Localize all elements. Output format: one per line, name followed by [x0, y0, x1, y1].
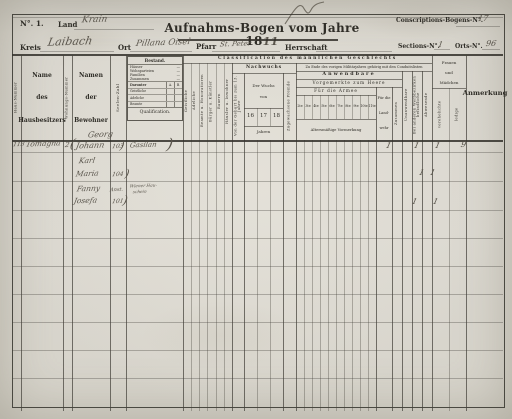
werbbezirk-col: Bei anderen Werbbezirken befindliche: [412, 72, 422, 138]
pfarr-value: St. Peter: [219, 39, 252, 48]
col-owner-line: des: [36, 94, 47, 101]
hline: [130, 51, 192, 52]
landwehr-line: Für die: [378, 96, 391, 100]
category-col: Geistliche: [183, 64, 191, 138]
landwehr-line: Land-: [379, 111, 389, 115]
entry-name: Johann: [75, 141, 105, 151]
bestand-sub-label: Adeliche: [128, 95, 166, 101]
armee-age-col: 11te: [368, 103, 376, 111]
category-col: Beamte u. Honoratioren: [199, 64, 207, 138]
entry-owner-name: Tomagna: [25, 138, 61, 148]
frauen-line: Frauen: [442, 60, 457, 65]
conscription-value: 17: [477, 14, 489, 23]
frauen-verehelicht-col: verehelichte: [432, 90, 449, 138]
entry-note: Wiener Hau-: [129, 183, 157, 189]
nachwuchs-title: Nachwuchs: [232, 64, 296, 73]
vormerkung-footer: Altersmäßige Vormerkung: [296, 119, 376, 140]
conduits-note: Zu Ende des vorigen Militärjahres gehöri…: [296, 64, 432, 71]
nachwuchs-first-col: Von der Geburt bis zum 13. Jahre: [232, 74, 244, 138]
armee-age-col: 7te: [336, 103, 344, 111]
entry-number: 104: [111, 171, 124, 178]
bestand-row-value: —: [177, 77, 180, 81]
bestand-title: Bestand.: [128, 57, 182, 65]
row-line: [12, 238, 503, 239]
orts-label: Orts-N°.: [455, 44, 483, 50]
vline: [296, 63, 297, 411]
age-16: 16: [244, 108, 257, 126]
hline: [296, 95, 376, 96]
row-line: [12, 378, 503, 379]
anwendbare-title: Anwendbare: [296, 71, 402, 79]
unanwendbare-col: Unanwendbare: [402, 72, 412, 138]
bestand-col-a: A.: [166, 82, 174, 88]
abwesende-col: Abwesende: [422, 72, 432, 138]
bestand-sub-cell: [174, 89, 182, 95]
entry-name: Georg: [87, 130, 114, 140]
armee-age-col: 8te: [344, 103, 352, 111]
frauen-line: und: [445, 70, 453, 75]
bestand-sub-title: Darunter: [128, 82, 166, 88]
bestand-sub-row: Beamte: [128, 101, 182, 108]
col-owner-line: Name: [32, 72, 52, 79]
hline: [74, 29, 154, 30]
category-col: Adeliche: [191, 64, 199, 138]
bestand-sub-label: Beamte: [128, 102, 166, 108]
bestand-sub-label: Geistliche: [128, 89, 166, 95]
hline: [316, 51, 392, 52]
age-17: 17: [257, 108, 270, 126]
bestand-box: Bestand. Häuser— Wohnparteien— Familien—…: [127, 56, 183, 121]
bestand-sub-cell: [166, 89, 174, 95]
heer-title: Vorgemerkte zum Heere: [296, 79, 402, 87]
category-col: Bauern: [216, 64, 224, 138]
row-line: [12, 152, 503, 153]
bestand-sub-cell: [166, 102, 174, 108]
col-bewohner-line: der: [85, 94, 96, 101]
entry-name: Maria: [75, 169, 99, 179]
hline: [212, 51, 280, 52]
wuchs-header: Der Wuchs von: [244, 80, 283, 102]
bestand-sub-row: Adeliche: [128, 94, 182, 101]
col-owner: Name des Hausbesitzers: [21, 64, 63, 132]
row-line: [12, 210, 503, 211]
form-number: N°. 1.: [20, 20, 44, 28]
armee-age-col: 9te: [352, 103, 360, 111]
age-18: 18: [270, 108, 283, 126]
col-bewohner: Namen der Bewohner: [72, 64, 110, 132]
bestand-sub-cell: [166, 95, 174, 101]
wuchs-line: von: [260, 94, 267, 99]
hline: [40, 51, 114, 52]
title-year-script: 11: [263, 35, 279, 48]
col-owner-line: Hausbesitzers: [18, 117, 66, 124]
col-bewohner-line: Bewohner: [74, 117, 108, 124]
col-bewohner-line: Namen: [79, 72, 103, 79]
armee-title: Für die Armee: [296, 87, 376, 95]
category-col: Bürger u. Künstler: [207, 64, 216, 138]
armee-age-col: 2te: [296, 103, 304, 111]
bestand-col-b: B.: [174, 82, 182, 88]
row-line: [12, 350, 503, 351]
landwehr-line: wehr: [380, 126, 389, 130]
kreis-label: Kreis: [20, 44, 41, 51]
bestand-sub-cell: [174, 102, 182, 108]
bestand-sub-row: Geistliche: [128, 88, 182, 95]
hline: [482, 49, 500, 50]
entry-number: Anst.: [109, 187, 123, 193]
land-label: Land: [58, 21, 77, 28]
zusammen-col: Zusammen: [392, 88, 402, 138]
armee-age-col: 6te: [328, 103, 336, 111]
row-line: [12, 266, 503, 267]
entry-name: Fanny: [76, 184, 101, 194]
entry-note: schein: [133, 189, 148, 194]
scanned-form-sheet: N°. 1. Land Krain Aufnahms-Bogen vom Jah…: [0, 0, 512, 419]
bestand-row-label: Zusammen: [130, 77, 149, 81]
orts-value: 96: [485, 39, 497, 48]
entry-name: Karl: [78, 156, 96, 166]
landwehr-col: Für die Land- wehr: [376, 90, 392, 136]
fremde-col: Zugewachsene Fremde: [283, 74, 296, 138]
col-wohnungs-nummer: Wohnungs-Nummer: [63, 60, 72, 135]
conscription-label: Conscriptions-Bogens-N°.: [396, 18, 483, 24]
qualification-label: Qualification.: [128, 107, 182, 116]
wuchs-line: Der Wuchs: [252, 83, 274, 88]
row-line: [12, 181, 503, 182]
frauen-box: Frauen und Mädchen: [432, 58, 466, 87]
vline: [466, 55, 467, 411]
title-underline: [178, 39, 338, 41]
entry-name: Josefa: [73, 196, 98, 206]
armee-age-col: 10te: [360, 103, 368, 111]
frauen-line: Mädchen: [440, 80, 459, 85]
armee-age-col: 4te: [312, 103, 320, 111]
bestand-sub-cell: [174, 95, 182, 101]
armee-age-col: 5te: [320, 103, 328, 111]
armee-age-col: 3te: [304, 103, 312, 111]
bestand-sub-header: Darunter A. B.: [128, 82, 182, 88]
row-line: [12, 322, 503, 323]
col-seelen-zahl: Seelen-Zahl: [110, 60, 126, 135]
row-line: [12, 294, 503, 295]
ort-value: Pillana Oisel: [135, 37, 191, 49]
pfarr-label: Pfarr: [196, 43, 216, 50]
jahren-label: Jahren: [244, 126, 283, 138]
hline: [432, 88, 466, 89]
category-col: Häusler u. Inwohner: [224, 64, 232, 138]
entry-qualification: Gasilan: [129, 141, 157, 150]
land-value: Krain: [81, 15, 108, 26]
kreis-value: Laibach: [47, 34, 94, 49]
anmerkung-col: Anmerkung: [466, 88, 504, 100]
hline: [434, 49, 450, 50]
classification-title: Classification des männlichen Geschlecht…: [183, 55, 432, 63]
entry-house-number: 113: [12, 141, 25, 148]
hline: [456, 26, 500, 27]
